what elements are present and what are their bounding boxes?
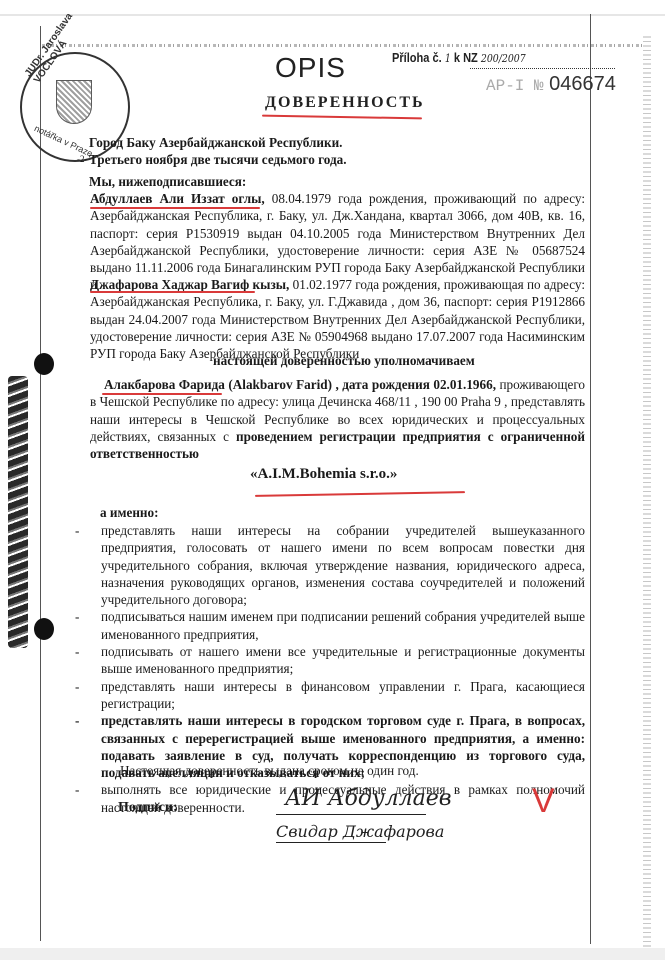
signer2-red-underline [90,291,255,293]
right-edge-noise [643,36,651,956]
attorney-latin-dob: (Alakbarov Farid) , дата рождения 02.01.… [225,377,496,392]
left-margin-line [40,26,41,941]
signature-line-2 [276,842,386,843]
signer2-paragraph: Джафарова Хаджар Вагиф кызы, 01.02.1977 … [90,276,585,362]
bottom-edge [0,948,665,960]
attorney-paragraph: Алакбарова Фарида (Alakbarov Farid) , да… [90,376,585,462]
power-item: подписывать от нашего имени все учредите… [75,643,585,678]
opis-label: OPIS [275,52,346,84]
document-page: JUDr. Jaroslava VOCLOVÁ notářka v Praze … [0,16,665,948]
date-line: Третьего ноября две тысячи седьмого года… [89,151,347,168]
city-line: Город Баку Азербайджанской Республики. [89,134,342,151]
signature-line-1 [276,814,426,815]
signature-jafarova: Свидар Джафарова [276,822,444,841]
attorney-name: Алакбарова Фарида [104,377,225,392]
namely-label: а именно: [100,504,159,521]
registration-number: АР-I № 046674 [486,73,616,96]
nz-label: k NZ [454,50,478,65]
power-item: представлять наши интересы в финансовом … [75,678,585,713]
binding-cord [8,376,28,648]
priloha-field: Příloha č. 1 k NZ 200/2007 [392,50,526,65]
company-red-underline [255,491,465,497]
coat-of-arms-icon [56,80,92,124]
signers-heading: Мы, нижеподписавшиеся: [89,173,246,190]
right-margin-line [590,14,591,944]
top-edge [0,0,665,16]
page-number: -2- [77,151,88,168]
validity-statement: Настоящая доверенность выдана сроком на … [120,762,419,779]
top-border-dots [42,44,642,47]
priloha-dotted-line [470,68,615,69]
company-name: «A.I.M.Bohemia s.r.o.» [250,466,397,483]
authorize-heading: настоящей доверенностью уполномачиваем [213,352,475,369]
signatures-label: Подписи: [118,800,178,816]
signer1-red-underline [90,207,260,209]
title-red-underline [262,115,422,120]
signer2-suffix: кызы, [249,277,289,292]
priloha-label: Příloha č. [392,50,442,65]
nz-value: 200/2007 [481,52,526,65]
signer2-name: Джафарова Хаджар Вагиф [90,277,249,292]
document-title: ДОВЕРЕННОСТЬ [265,94,425,112]
binding-hole-bottom [34,618,54,640]
reg-prefix: АР-I № [486,77,544,95]
binding-hole-top [34,353,54,375]
power-item: представлять наши интересы на собрании у… [75,522,585,608]
signature-abdullaev: АИ Абдуллаев [285,786,452,811]
power-item: подписываться нашим именем при подписани… [75,608,585,643]
reg-number: 046674 [549,73,616,95]
red-check-mark-icon: V [532,782,555,821]
priloha-number: 1 [445,52,451,65]
attorney-red-underline [102,393,222,395]
signer1-name: Абдуллаев Али Иззат оглы, [90,191,265,206]
